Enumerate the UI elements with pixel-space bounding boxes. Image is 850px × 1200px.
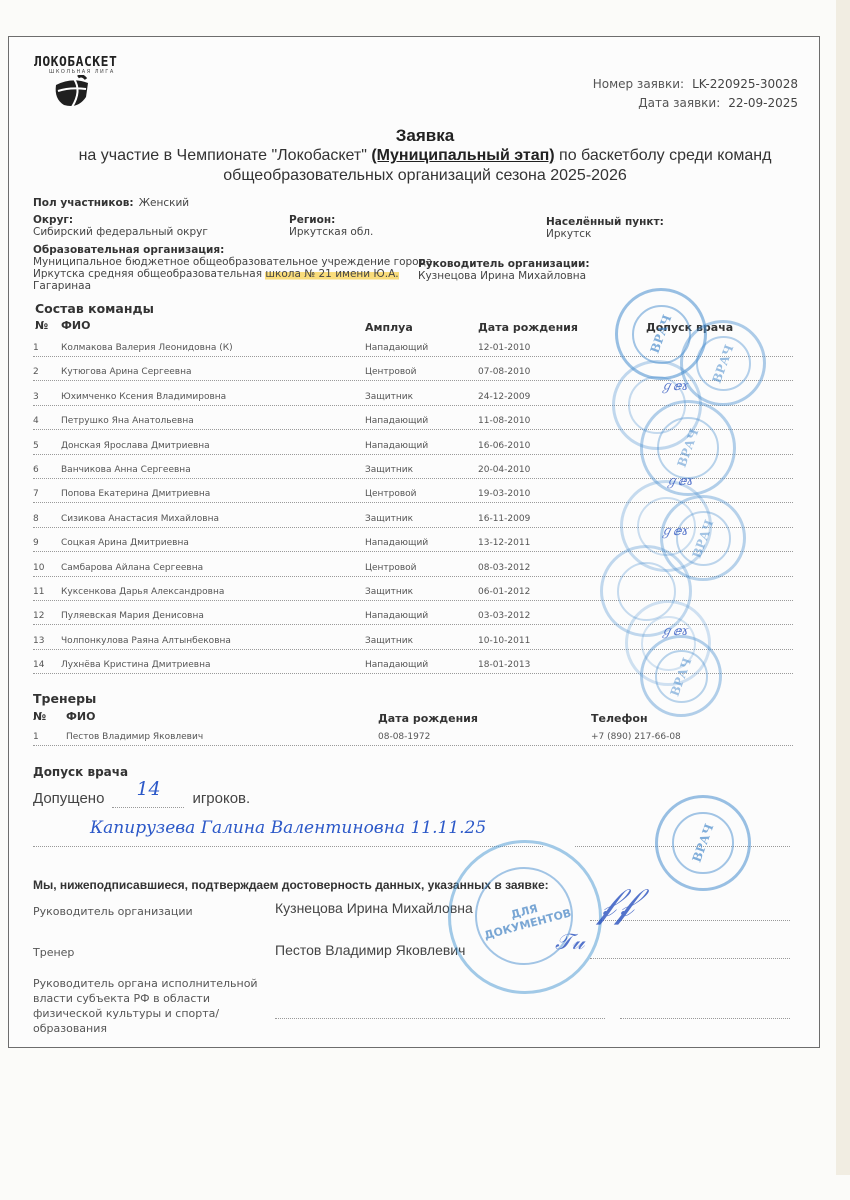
region-label: Регион:	[289, 214, 373, 226]
district-label: Округ:	[33, 214, 208, 226]
player-role: Защитник	[365, 392, 413, 402]
player-dob: 08-03-2012	[478, 563, 530, 573]
player-name: Юхимченко Ксения Владимировна	[61, 392, 226, 402]
team-section-title: Состав команды	[35, 301, 154, 316]
coach-name: Пестов Владимир Яковлевич	[66, 732, 203, 742]
application-number-label: Номер заявки:	[593, 77, 684, 91]
doctor-admission-stamp: ВРАЧ	[655, 795, 751, 891]
logo: ЛОКОБАСКЕТ ШКОЛЬНАЯ ЛИГА	[34, 55, 117, 75]
player-role: Центровой	[365, 489, 417, 499]
player-role: Защитник	[365, 587, 413, 597]
doctor-section-title: Допуск врача	[33, 765, 128, 779]
coaches-section-title: Тренеры	[33, 691, 96, 706]
title-line1: на участие в Чемпионате "Локобаскет" (Му…	[30, 146, 820, 166]
player-role: Центровой	[365, 563, 417, 573]
gender-field: Пол участников: Женский	[33, 195, 189, 209]
player-name: Лухнёва Кристина Дмитриевна	[61, 660, 211, 670]
doctor-initials: ℊⅇɤ	[660, 520, 689, 539]
player-name: Сизикова Анастасия Михайловна	[61, 514, 219, 524]
city-field: Населённый пункт: Иркутск	[546, 216, 664, 240]
admitted-count-field: 14	[112, 790, 184, 808]
team-col-name: ФИО	[61, 319, 90, 332]
player-no: 5	[33, 441, 39, 451]
coach-row: 1 Пестов Владимир Яковлевич 08-08-1972 +…	[33, 721, 793, 746]
player-no: 9	[33, 538, 39, 548]
player-name: Донская Ярослава Дмитриевна	[61, 441, 210, 451]
application-meta: Номер заявки:LK-220925-30028 Дата заявки…	[593, 75, 798, 113]
doctor-initials: ℊⅇɤ	[665, 470, 694, 489]
title-line2: общеобразовательных организаций сезона 2…	[30, 166, 820, 186]
doctor-stamp: ВРАЧ	[640, 635, 722, 717]
player-no: 8	[33, 514, 39, 524]
player-role: Центровой	[365, 367, 417, 377]
title-line1-before: на участие в Чемпионате "Локобаскет"	[79, 147, 372, 164]
player-role: Нападающий	[365, 416, 428, 426]
region-value: Иркутская обл.	[289, 226, 373, 238]
player-name: Ванчикова Анна Сергеевна	[61, 465, 191, 475]
player-dob: 19-03-2010	[478, 489, 530, 499]
player-no: 4	[33, 416, 39, 426]
doctor-handwritten-signature: Капирузева Галина Валентиновна 11.11.25	[90, 818, 486, 838]
admitted-before: Допущено	[33, 790, 104, 807]
region-field: Регион: Иркутская обл.	[289, 214, 373, 238]
coach-signature-line	[590, 944, 790, 959]
title-stage: (Муниципальный этап)	[371, 147, 554, 164]
coach-handwritten-signature: 𝒯𝓊	[555, 930, 584, 955]
head-label: Руководитель организации:	[418, 258, 590, 270]
stamp-word: ВРАЧ	[661, 639, 700, 715]
player-name: Кутюгова Арина Сергеевна	[61, 367, 191, 377]
head-value: Кузнецова Ирина Михайловна	[418, 270, 590, 282]
stamp-word: ВРАЧ	[703, 324, 744, 404]
player-role: Нападающий	[365, 538, 428, 548]
player-role: Нападающий	[365, 660, 428, 670]
city-value: Иркутск	[546, 228, 664, 240]
page-edge	[836, 0, 850, 1175]
application-date: 22-09-2025	[728, 96, 798, 110]
head-handwritten-signature: 𝒻𝒻	[598, 880, 634, 926]
admitted-after: игроков.	[192, 790, 250, 807]
district-value: Сибирский федеральный округ	[33, 226, 208, 238]
player-name: Петрушко Яна Анатольевна	[61, 416, 194, 426]
organization-line2-text: Иркутска средняя общеобразовательная	[33, 268, 265, 280]
player-role: Защитник	[365, 514, 413, 524]
player-name: Куксенкова Дарья Александровна	[61, 587, 224, 597]
player-no: 6	[33, 465, 39, 475]
player-name: Соцкая Арина Дмитриевна	[61, 538, 189, 548]
player-dob: 24-12-2009	[478, 392, 530, 402]
player-name: Колмакова Валерия Леонидовна (К)	[61, 343, 233, 353]
title-heading: Заявка	[30, 126, 820, 146]
player-dob: 18-01-2013	[478, 660, 530, 670]
coach-phone: +7 (890) 217-66-08	[591, 732, 681, 742]
player-no: 1	[33, 343, 39, 353]
organization-line3: Гагаринаа	[33, 280, 432, 292]
player-no: 14	[33, 660, 44, 670]
coach-dob: 08-08-1972	[378, 732, 430, 742]
confirm-head-label: Руководитель организации	[33, 904, 193, 919]
organization-line2: Иркутска средняя общеобразовательная шко…	[33, 268, 432, 280]
school-stamp: ДЛЯ ДОКУМЕНТОВ	[448, 840, 602, 994]
authority-signature-line	[620, 1004, 790, 1019]
player-dob: 03-03-2012	[478, 611, 530, 621]
player-dob: 10-10-2011	[478, 636, 530, 646]
doctor-initials: ℊⅇɤ	[660, 620, 689, 639]
confirm-head-name: Кузнецова Ирина Михайловна	[275, 900, 473, 916]
doctor-initials: ℊⅇɤ	[660, 375, 689, 394]
organization-field: Образовательная организация: Муниципальн…	[33, 244, 432, 292]
document-title: Заявка на участие в Чемпионате "Локобаск…	[30, 126, 820, 186]
gender-label: Пол участников:	[33, 197, 134, 209]
player-no: 10	[33, 563, 44, 573]
player-dob: 16-11-2009	[478, 514, 530, 524]
admitted-count: 14	[136, 778, 160, 800]
player-dob: 11-08-2010	[478, 416, 530, 426]
player-role: Нападающий	[365, 441, 428, 451]
organization-highlight: школа № 21 имени Ю.А.	[265, 268, 398, 280]
player-role: Нападающий	[365, 611, 428, 621]
coach-no: 1	[33, 732, 39, 742]
gender-value: Женский	[139, 197, 189, 209]
player-no: 3	[33, 392, 39, 402]
player-role: Защитник	[365, 465, 413, 475]
stamp-word: ВРАЧ	[681, 798, 725, 887]
organization-label: Образовательная организация:	[33, 244, 432, 256]
application-date-label: Дата заявки:	[638, 96, 720, 110]
player-name: Самбарова Айлана Сергеевна	[61, 563, 203, 573]
head-field: Руководитель организации: Кузнецова Ирин…	[418, 258, 590, 282]
player-name: Пуляевская Мария Денисовна	[61, 611, 204, 621]
player-dob: 13-12-2011	[478, 538, 530, 548]
player-role: Защитник	[365, 636, 413, 646]
player-role: Нападающий	[365, 343, 428, 353]
player-name: Попова Екатерина Дмитриевна	[61, 489, 210, 499]
logo-name: ЛОКОБАСКЕТ	[34, 55, 117, 70]
player-no: 7	[33, 489, 39, 499]
player-no: 13	[33, 636, 44, 646]
city-label: Населённый пункт:	[546, 216, 664, 228]
team-col-no: №	[35, 319, 48, 332]
district-field: Округ: Сибирский федеральный округ	[33, 214, 208, 238]
player-dob: 07-08-2010	[478, 367, 530, 377]
confirm-authority-label: Руководитель органа исполнительной власт…	[33, 976, 278, 1036]
admitted-line: Допущено 14игроков.	[33, 790, 250, 808]
basketball-icon	[52, 75, 92, 109]
player-no: 2	[33, 367, 39, 377]
confirm-coach-name: Пестов Владимир Яковлевич	[275, 942, 465, 958]
organization-line1: Муниципальное бюджетное общеобразователь…	[33, 256, 432, 268]
confirm-coach-label: Тренер	[33, 945, 74, 960]
player-no: 12	[33, 611, 44, 621]
player-dob: 12-01-2010	[478, 343, 530, 353]
player-dob: 20-04-2010	[478, 465, 530, 475]
player-dob: 16-06-2010	[478, 441, 530, 451]
player-name: Чолпонкулова Раяна Алтынбековна	[61, 636, 231, 646]
title-line1-after: по баскетболу среди команд	[555, 147, 772, 164]
player-no: 11	[33, 587, 44, 597]
authority-name-line	[275, 1004, 605, 1019]
player-dob: 06-01-2012	[478, 587, 530, 597]
application-number: LK-220925-30028	[692, 77, 798, 91]
